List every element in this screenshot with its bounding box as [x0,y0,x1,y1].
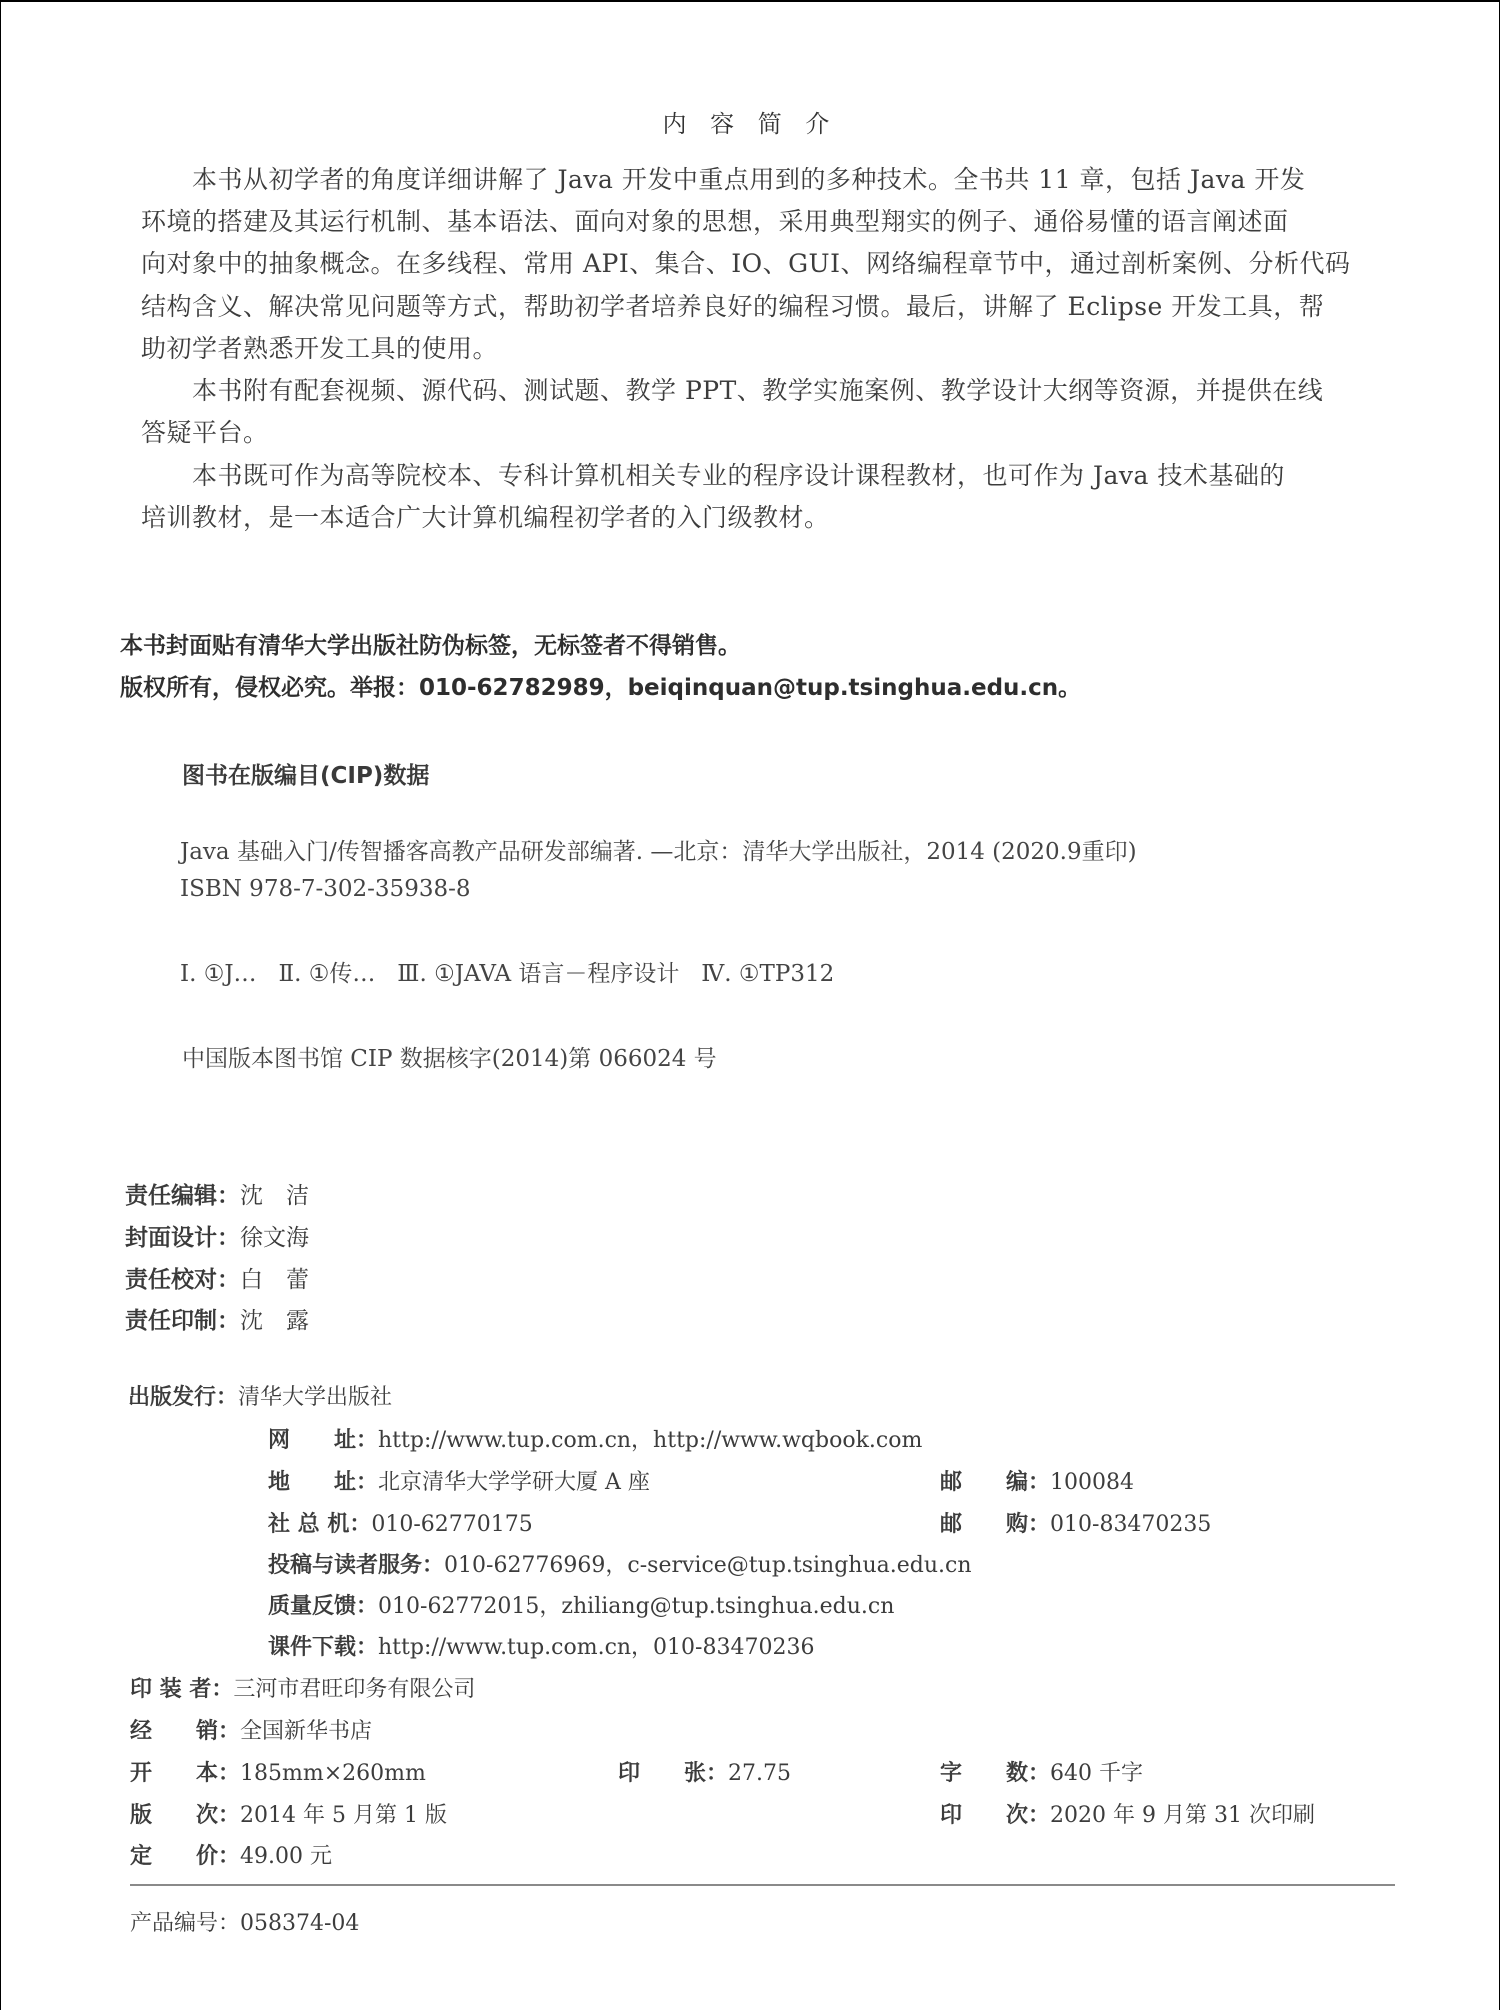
copyright-notice: 版权所有，侵权必究。举报：010-62782989，beiqinquan@tup… [120,669,1081,702]
edition-value: 2014 年 5 月第 1 版 [240,1803,447,1828]
printer-value: 三河市君旺印务有限公司 [233,1677,475,1702]
word-count-row: 字 数：640 千字 [940,1756,1143,1787]
quality-feedback-row: 质量反馈：010-62772015，zhiliang@tup.tsinghua.… [268,1589,894,1620]
impression-label: 印 次： [940,1798,1050,1829]
intro-line: 助初学者熟悉开发工具的使用。 [141,329,498,365]
edition-row: 版 次：2014 年 5 月第 1 版 [130,1798,447,1829]
staff-label: 责任校对： [125,1267,240,1293]
intro-line: 向对象中的抽象概念。在多线程、常用 API、集合、IO、GUI、网络编程章节中，… [141,244,1351,280]
cip-isbn: ISBN 978-7-302-35938-8 [180,876,471,902]
product-code-row: 产品编号：058374-04 [130,1906,359,1937]
page-title: 内 容 简 介 [0,104,1500,139]
divider-rule [130,1884,1395,1886]
cip-classification: Ⅰ. ①J… Ⅱ. ①传… Ⅲ. ①JAVA 语言－程序设计 Ⅳ. ①TP312 [180,955,834,988]
switchboard-row: 社 总 机：010-62770175 [268,1507,533,1538]
distributor-value: 全国新华书店 [240,1719,372,1744]
sheets-row: 印 张：27.75 [618,1756,791,1787]
mailorder-label: 邮 购： [940,1507,1050,1538]
product-code-value: 058374-04 [240,1911,359,1936]
address-value: 北京清华大学学研大厦 A 座 [378,1470,650,1495]
address-row: 地 址：北京清华大学学研大厦 A 座 [268,1465,650,1496]
format-value: 185mm×260mm [240,1761,426,1786]
printer-row: 印 装 者：三河市君旺印务有限公司 [130,1672,475,1703]
sheets-label: 印 张： [618,1756,728,1787]
intro-line: 本书从初学者的角度详细讲解了 Java 开发中重点用到的多种技术。全书共 11 … [192,160,1305,196]
edition-label: 版 次： [130,1798,240,1829]
price-label: 定 价： [130,1839,240,1870]
address-label: 地 址： [268,1465,378,1496]
intro-line: 本书附有配套视频、源代码、测试题、教学 PPT、教学实施案例、教学设计大纲等资源… [192,371,1323,407]
anticounterfeit-notice: 本书封面贴有清华大学出版社防伪标签，无标签者不得销售。 [120,627,741,660]
quality-feedback-label: 质量反馈： [268,1589,378,1620]
product-code-label: 产品编号： [130,1911,240,1936]
postcode-value: 100084 [1050,1470,1134,1495]
reader-service-label: 投稿与读者服务： [268,1548,444,1579]
website-value: http://www.tup.com.cn，http://www.wqbook.… [378,1428,922,1453]
switchboard-label: 社 总 机： [268,1507,371,1538]
staff-row-proofreader: 责任校对：白 蕾 [125,1261,309,1294]
staff-value: 白 蕾 [240,1267,309,1293]
price-row: 定 价：49.00 元 [130,1839,332,1870]
price-value: 49.00 元 [240,1844,332,1869]
intro-line: 本书既可作为高等院校本、专科计算机相关专业的程序设计课程教材，也可作为 Java… [192,456,1285,492]
website-label: 网 址： [268,1423,378,1454]
postcode-row: 邮 编：100084 [940,1465,1134,1496]
publisher-name: 清华大学出版社 [238,1385,392,1410]
reader-service-row: 投稿与读者服务：010-62776969，c-service@tup.tsing… [268,1548,972,1579]
staff-value: 沈 洁 [240,1183,309,1209]
impression-value: 2020 年 9 月第 31 次印刷 [1050,1803,1315,1828]
staff-label: 责任编辑： [125,1183,240,1209]
distributor-label: 经 销： [130,1714,240,1745]
staff-row-editor: 责任编辑：沈 洁 [125,1177,309,1210]
word-count-label: 字 数： [940,1756,1050,1787]
staff-label: 封面设计： [125,1225,240,1251]
staff-row-printing-supervisor: 责任印制：沈 露 [125,1302,309,1335]
printer-label: 印 装 者： [130,1672,233,1703]
courseware-download-value: http://www.tup.com.cn，010-83470236 [378,1635,814,1660]
cip-approval-number: 中国版本图书馆 CIP 数据核字(2014)第 066024 号 [182,1040,717,1073]
format-row: 开 本：185mm×260mm [130,1756,426,1787]
postcode-label: 邮 编： [940,1465,1050,1496]
intro-line: 环境的搭建及其运行机制、基本语法、面向对象的思想，采用典型翔实的例子、通俗易懂的… [141,202,1289,238]
publisher-label: 出版发行： [128,1380,238,1411]
word-count-value: 640 千字 [1050,1761,1143,1786]
mailorder-row: 邮 购：010-83470235 [940,1507,1211,1538]
staff-label: 责任印制： [125,1308,240,1334]
courseware-download-label: 课件下载： [268,1630,378,1661]
sheets-value: 27.75 [728,1761,791,1786]
intro-line: 培训教材，是一本适合广大计算机编程初学者的入门级教材。 [141,498,830,534]
courseware-download-row: 课件下载：http://www.tup.com.cn，010-83470236 [268,1630,814,1661]
switchboard-value: 010-62770175 [371,1512,532,1537]
website-row: 网 址：http://www.tup.com.cn，http://www.wqb… [268,1423,922,1454]
mailorder-value: 010-83470235 [1050,1512,1211,1537]
staff-row-cover-design: 封面设计：徐文海 [125,1219,309,1252]
intro-line: 结构含义、解决常见问题等方式，帮助初学者培养良好的编程习惯。最后，讲解了 Ecl… [141,287,1324,323]
reader-service-value: 010-62776969，c-service@tup.tsinghua.edu.… [444,1553,972,1578]
format-label: 开 本： [130,1756,240,1787]
staff-value: 沈 露 [240,1308,309,1334]
distributor-row: 经 销：全国新华书店 [130,1714,372,1745]
publisher-row: 出版发行：清华大学出版社 [128,1380,392,1411]
impression-row: 印 次：2020 年 9 月第 31 次印刷 [940,1798,1315,1829]
quality-feedback-value: 010-62772015，zhiliang@tup.tsinghua.edu.c… [378,1594,894,1619]
staff-value: 徐文海 [240,1225,309,1251]
cip-heading: 图书在版编目(CIP)数据 [182,757,429,790]
intro-line: 答疑平台。 [141,413,269,449]
cip-record: Java 基础入门/传智播客高教产品研发部编著. —北京：清华大学出版社，201… [180,833,1137,866]
